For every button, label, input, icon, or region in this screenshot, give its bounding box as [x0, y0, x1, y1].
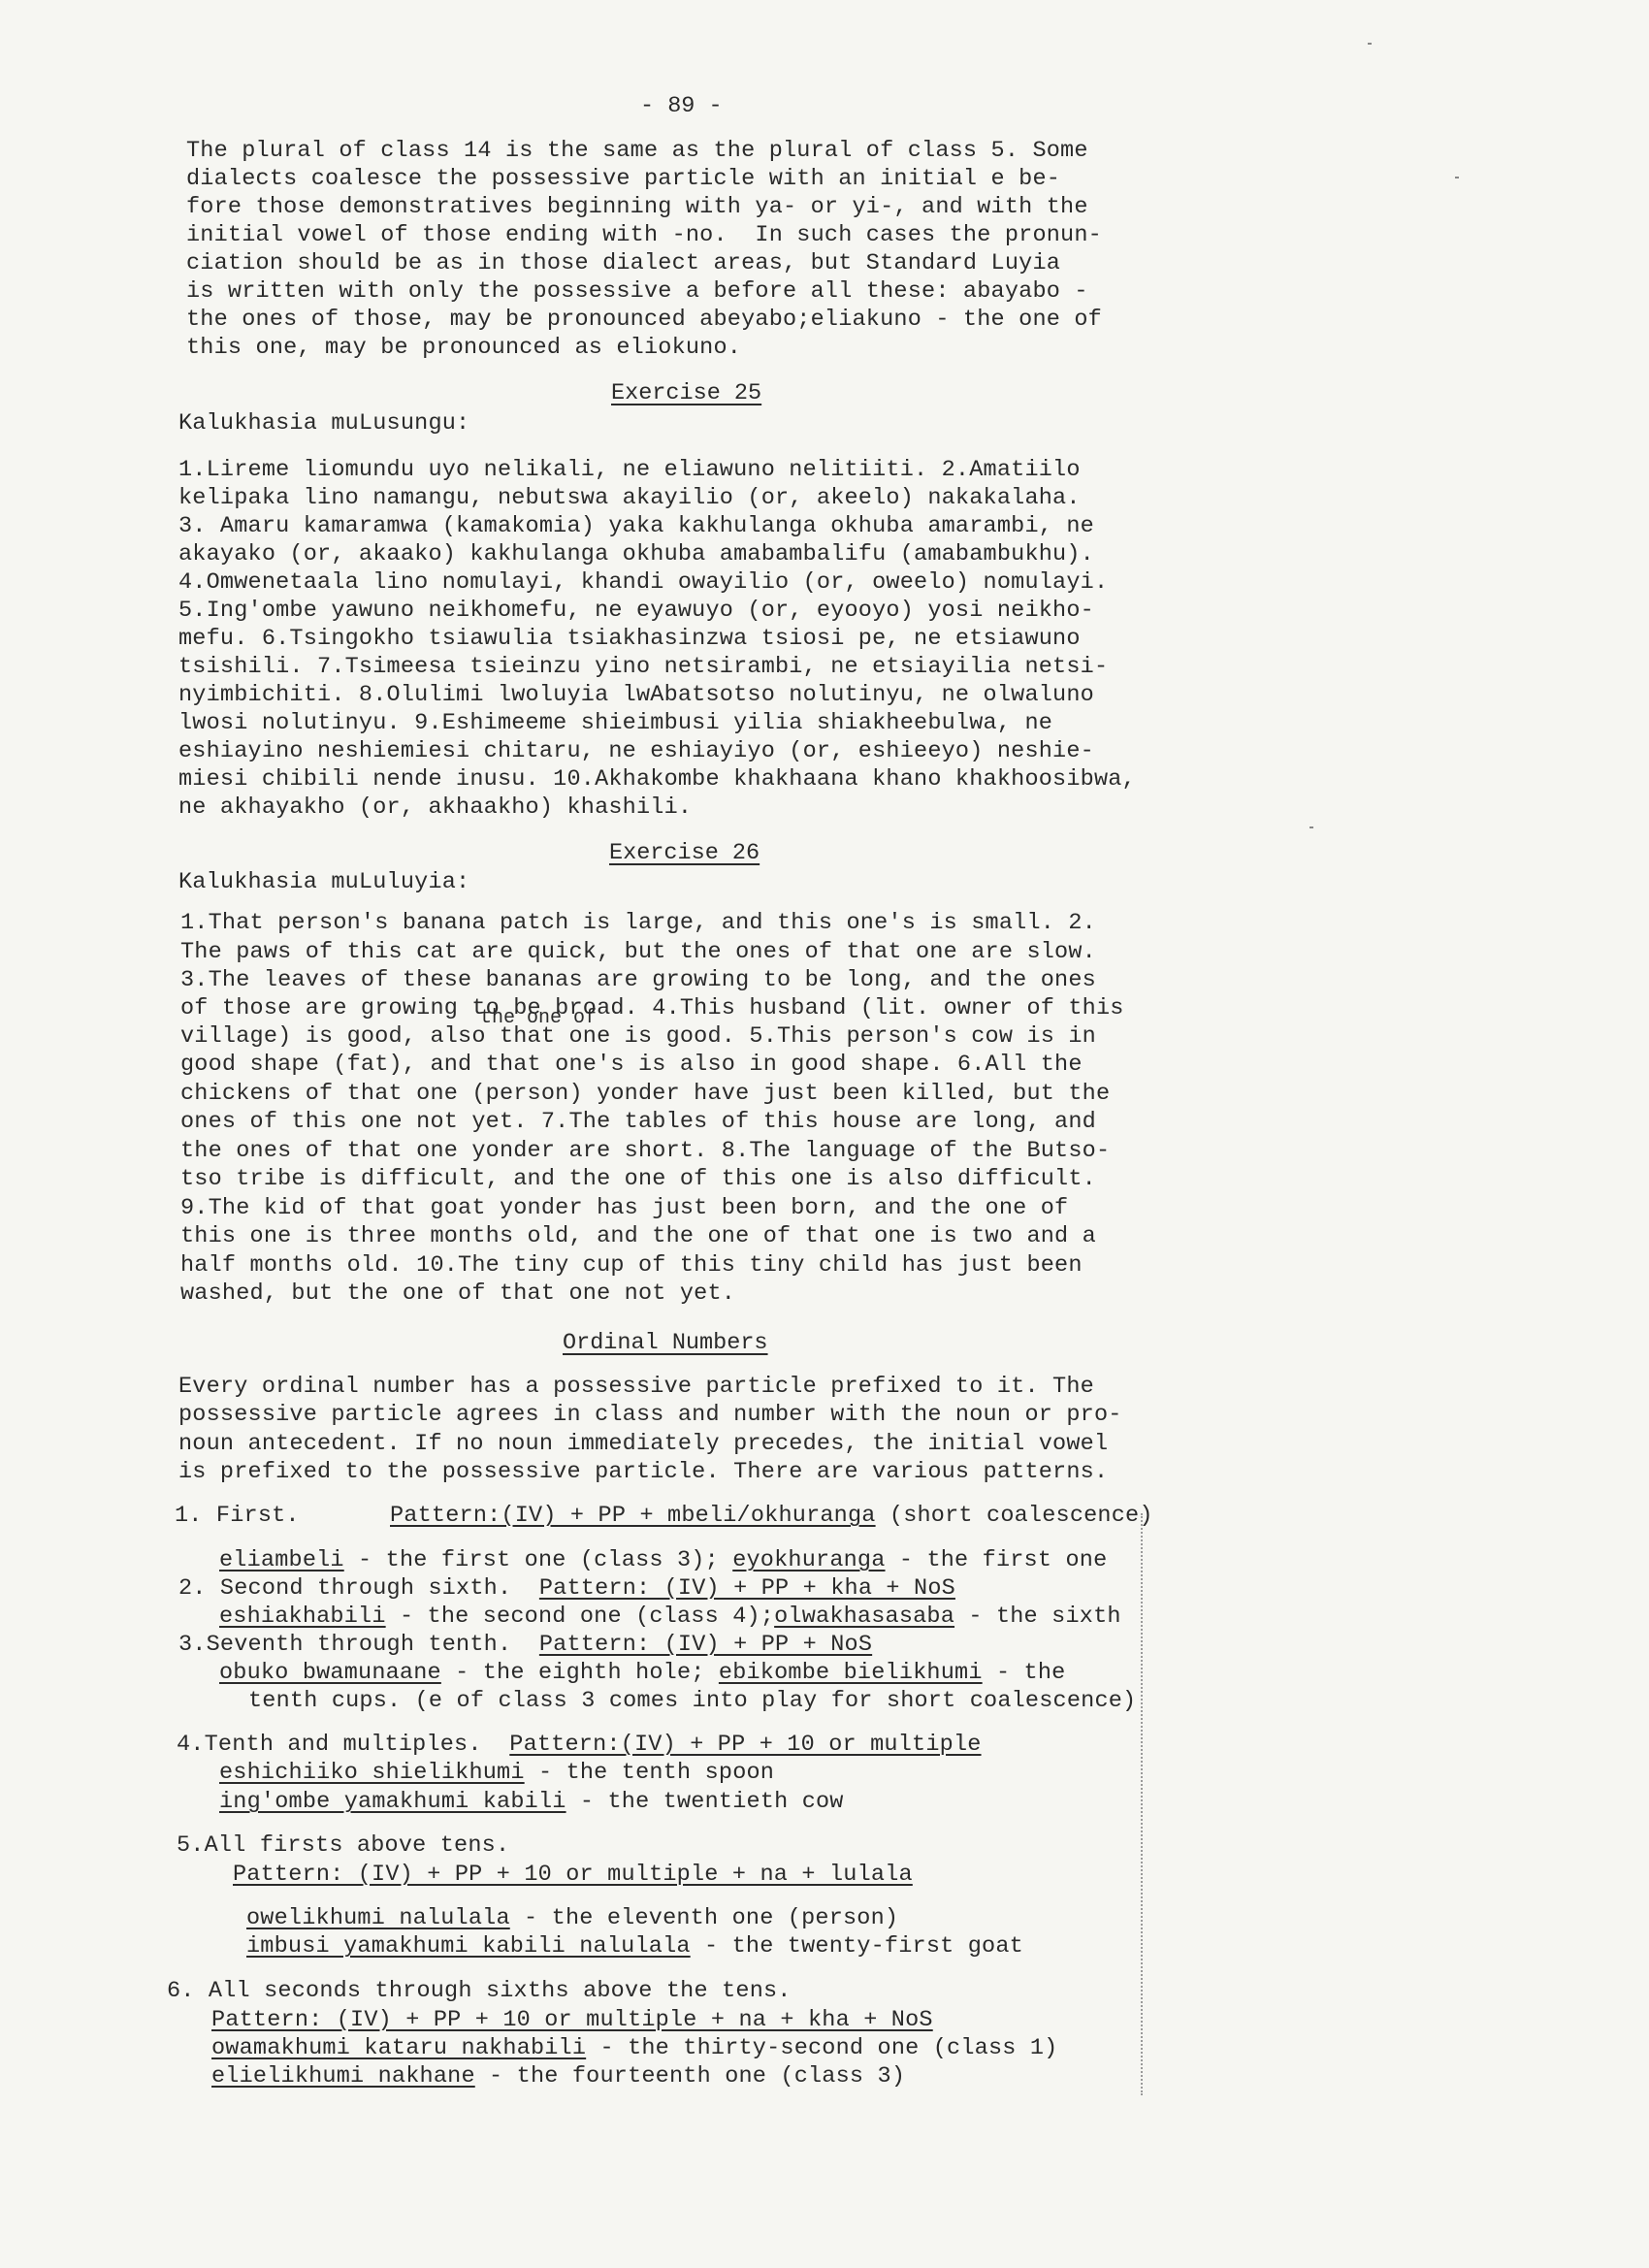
text-line: noun antecedent. If no noun immediately … [178, 1430, 1108, 1459]
ordinal-numbers-heading: Ordinal Numbers [563, 1330, 768, 1356]
rule-example: eliambeli - the first one (class 3); eyo… [219, 1546, 1107, 1575]
text-line: this one, may be pronounced as eliokuno. [186, 334, 741, 363]
document-page: - 89 - The plural of class 14 is the sam… [0, 0, 1649, 2268]
text-line: 4.Omwenetaala lino nomulayi, khandi oway… [178, 568, 1108, 598]
text-line: washed, but the one of that one not yet. [180, 1280, 735, 1309]
rule-label: 3.Seventh through tenth. [178, 1632, 511, 1658]
rule-pattern-line: Pattern:(IV) + PP + mbeli/okhuranga (sho… [390, 1502, 1153, 1531]
rule-example: eshiakhabili - the second one (class 4);… [219, 1603, 1121, 1632]
text-line: kelipaka lino namangu, nebutswa akayilio… [178, 484, 1081, 513]
rule-example: ing'ombe yamakhumi kabili - the twentiet… [219, 1788, 844, 1817]
example-term: olwakhasasaba [774, 1604, 954, 1630]
example-gloss: - the eighth hole; [441, 1660, 719, 1686]
text-line: miesi chibili nende inusu. 10.Akhakombe … [178, 765, 1136, 794]
rule-heading-line: 3.Seventh through tenth. Pattern: (IV) +… [178, 1631, 872, 1660]
text-line: half months old. 10.The tiny cup of this… [180, 1251, 1083, 1280]
example-term: ing'ombe yamakhumi kabili [219, 1789, 566, 1815]
example-gloss: - the second one (class 4); [386, 1604, 774, 1630]
rule-heading-line: 4.Tenth and multiples. Pattern:(IV) + PP… [177, 1731, 982, 1760]
exercise-26-instruction: Kalukhasia muLuluyia: [178, 868, 469, 897]
rule-pattern: Pattern:(IV) + PP + 10 or multiple [509, 1732, 981, 1758]
margin-dotted-line [1141, 1513, 1143, 2095]
text-line: The paws of this cat are quick, but the … [180, 938, 1096, 967]
rule-pattern-note: (short coalescence) [876, 1503, 1153, 1529]
example-term: eshichiiko shielikhumi [219, 1760, 525, 1786]
rule-pattern: Pattern:(IV) + PP + mbeli/okhuranga [390, 1503, 876, 1529]
text-line: the ones of that one yonder are short. 8… [180, 1137, 1110, 1166]
text-line: initial vowel of those ending with -no. … [186, 221, 1102, 250]
text-line: 1.Lireme liomundu uyo nelikali, ne eliaw… [178, 456, 1081, 485]
example-term: eshiakhabili [219, 1604, 386, 1630]
text-line: akayako (or, akaako) kakhulanga okhuba a… [178, 540, 1094, 569]
example-term: owelikhumi nalulala [246, 1905, 510, 1931]
page-number: - 89 - [640, 93, 723, 119]
rule-pattern: Pattern: (IV) + PP + kha + NoS [539, 1575, 955, 1602]
text-line: fore those demonstratives beginning with… [186, 193, 1088, 222]
scan-speck [1368, 43, 1372, 45]
text-line: this one is three months old, and the on… [180, 1222, 1096, 1251]
example-gloss: - the twenty-first goat [691, 1933, 1023, 1960]
text-line: 3.The leaves of these bananas are growin… [180, 966, 1096, 995]
text-line: mefu. 6.Tsingokho tsiawulia tsiakhasinzw… [178, 625, 1081, 654]
example-gloss: - the twentieth cow [566, 1789, 844, 1815]
example-gloss: - the first one [886, 1547, 1108, 1573]
rule-pattern-line: Pattern: (IV) + PP + 10 or multiple + na… [233, 1861, 913, 1890]
example-gloss: - the tenth spoon [525, 1760, 774, 1786]
exercise-26-heading: Exercise 26 [609, 840, 760, 866]
rule-label: 6. All seconds through sixths above the … [167, 1977, 792, 2006]
text-line: possessive particle agrees in class and … [178, 1401, 1122, 1430]
text-line: The plural of class 14 is the same as th… [186, 137, 1088, 166]
text-line: tsishili. 7.Tsimeesa tsieinzu yino netsi… [178, 653, 1108, 682]
text-line: village) is good, also that one is good.… [180, 1022, 1096, 1052]
example-term: imbusi yamakhumi kabili nalulala [246, 1933, 691, 1960]
rule-pattern: Pattern: (IV) + PP + 10 or multiple + na… [211, 2007, 933, 2033]
example-gloss: - the eleventh one (person) [510, 1905, 898, 1931]
example-gloss: - the sixth [954, 1604, 1121, 1630]
text-line: lwosi nolutinyu. 9.Eshimeeme shieimbusi … [178, 709, 1052, 738]
example-gloss: - the [983, 1660, 1066, 1686]
rule-label: 4.Tenth and multiples. [177, 1732, 482, 1758]
example-term: owamakhumi kataru nakhabili [211, 2035, 586, 2061]
example-term: obuko bwamunaane [219, 1660, 441, 1686]
text-line: 3. Amaru kamaramwa (kamakomia) yaka kakh… [178, 512, 1094, 541]
rule-label: 2. Second through sixth. [178, 1575, 511, 1602]
text-line: 1.That person's banana patch is large, a… [180, 909, 1096, 938]
example-term: eyokhuranga [732, 1547, 885, 1573]
text-line: 9.The kid of that goat yonder has just b… [180, 1194, 1068, 1223]
text-line: Every ordinal number has a possessive pa… [178, 1373, 1094, 1402]
text-line: good shape (fat), and that one's is also… [180, 1051, 1083, 1080]
rule-heading-line: 2. Second through sixth. Pattern: (IV) +… [178, 1574, 955, 1604]
rule-pattern: Pattern: (IV) + PP + NoS [539, 1632, 872, 1658]
text-line: dialects coalesce the possessive particl… [186, 165, 1060, 194]
example-gloss: - the fourteenth one (class 3) [475, 2063, 905, 2090]
text-line: nyimbichiti. 8.Olulimi lwoluyia lwAbatso… [178, 681, 1094, 710]
rule-example: eshichiiko shielikhumi - the tenth spoon [219, 1759, 774, 1788]
rule-example: owamakhumi kataru nakhabili - the thirty… [211, 2034, 1057, 2063]
scan-speck [1309, 826, 1313, 828]
text-line: ones of this one not yet. 7.The tables o… [180, 1108, 1096, 1137]
scan-speck [1455, 177, 1459, 178]
text-line: chickens of that one (person) yonder hav… [180, 1080, 1110, 1109]
text-line: ciation should be as in those dialect ar… [186, 249, 1060, 278]
rule-pattern-line: Pattern: (IV) + PP + 10 or multiple + na… [211, 2006, 933, 2035]
text-line: tso tribe is difficult, and the one of t… [180, 1165, 1096, 1194]
rule-label: 5.All firsts above tens. [177, 1831, 509, 1861]
rule-example: obuko bwamunaane - the eighth hole; ebik… [219, 1659, 1065, 1688]
rule-example: elielikhumi nakhane - the fourteenth one… [211, 2062, 905, 2091]
example-gloss: - the first one (class 3); [344, 1547, 732, 1573]
text-line: the ones of those, may be pronounced abe… [186, 306, 1102, 335]
rule-label: 1. First. [175, 1502, 300, 1531]
text-line: eshiayino neshiemiesi chitaru, ne eshiay… [178, 737, 1094, 766]
text-line: of those are growing to be broad. 4.This… [180, 994, 1124, 1023]
rule-pattern: Pattern: (IV) + PP + 10 or multiple + na… [233, 1862, 913, 1888]
text-line: is written with only the possessive a be… [186, 277, 1088, 307]
example-gloss: - the thirty-second one (class 1) [586, 2035, 1057, 2061]
example-term: elielikhumi nakhane [211, 2063, 475, 2090]
rule-example: owelikhumi nalulala - the eleventh one (… [246, 1904, 898, 1933]
rule-example: imbusi yamakhumi kabili nalulala - the t… [246, 1932, 1023, 1961]
text-line: ne akhayakho (or, akhaakho) khashili. [178, 794, 692, 823]
rule-continuation: tenth cups. (e of class 3 comes into pla… [248, 1687, 1136, 1716]
exercise-25-heading: Exercise 25 [611, 380, 761, 406]
exercise-25-instruction: Kalukhasia muLusungu: [178, 409, 469, 438]
text-line: 5.Ing'ombe yawuno neikhomefu, ne eyawuyo… [178, 597, 1094, 626]
example-term: eliambeli [219, 1547, 344, 1573]
text-line: is prefixed to the possessive particle. … [178, 1458, 1108, 1487]
example-term: ebikombe bielikhumi [719, 1660, 983, 1686]
